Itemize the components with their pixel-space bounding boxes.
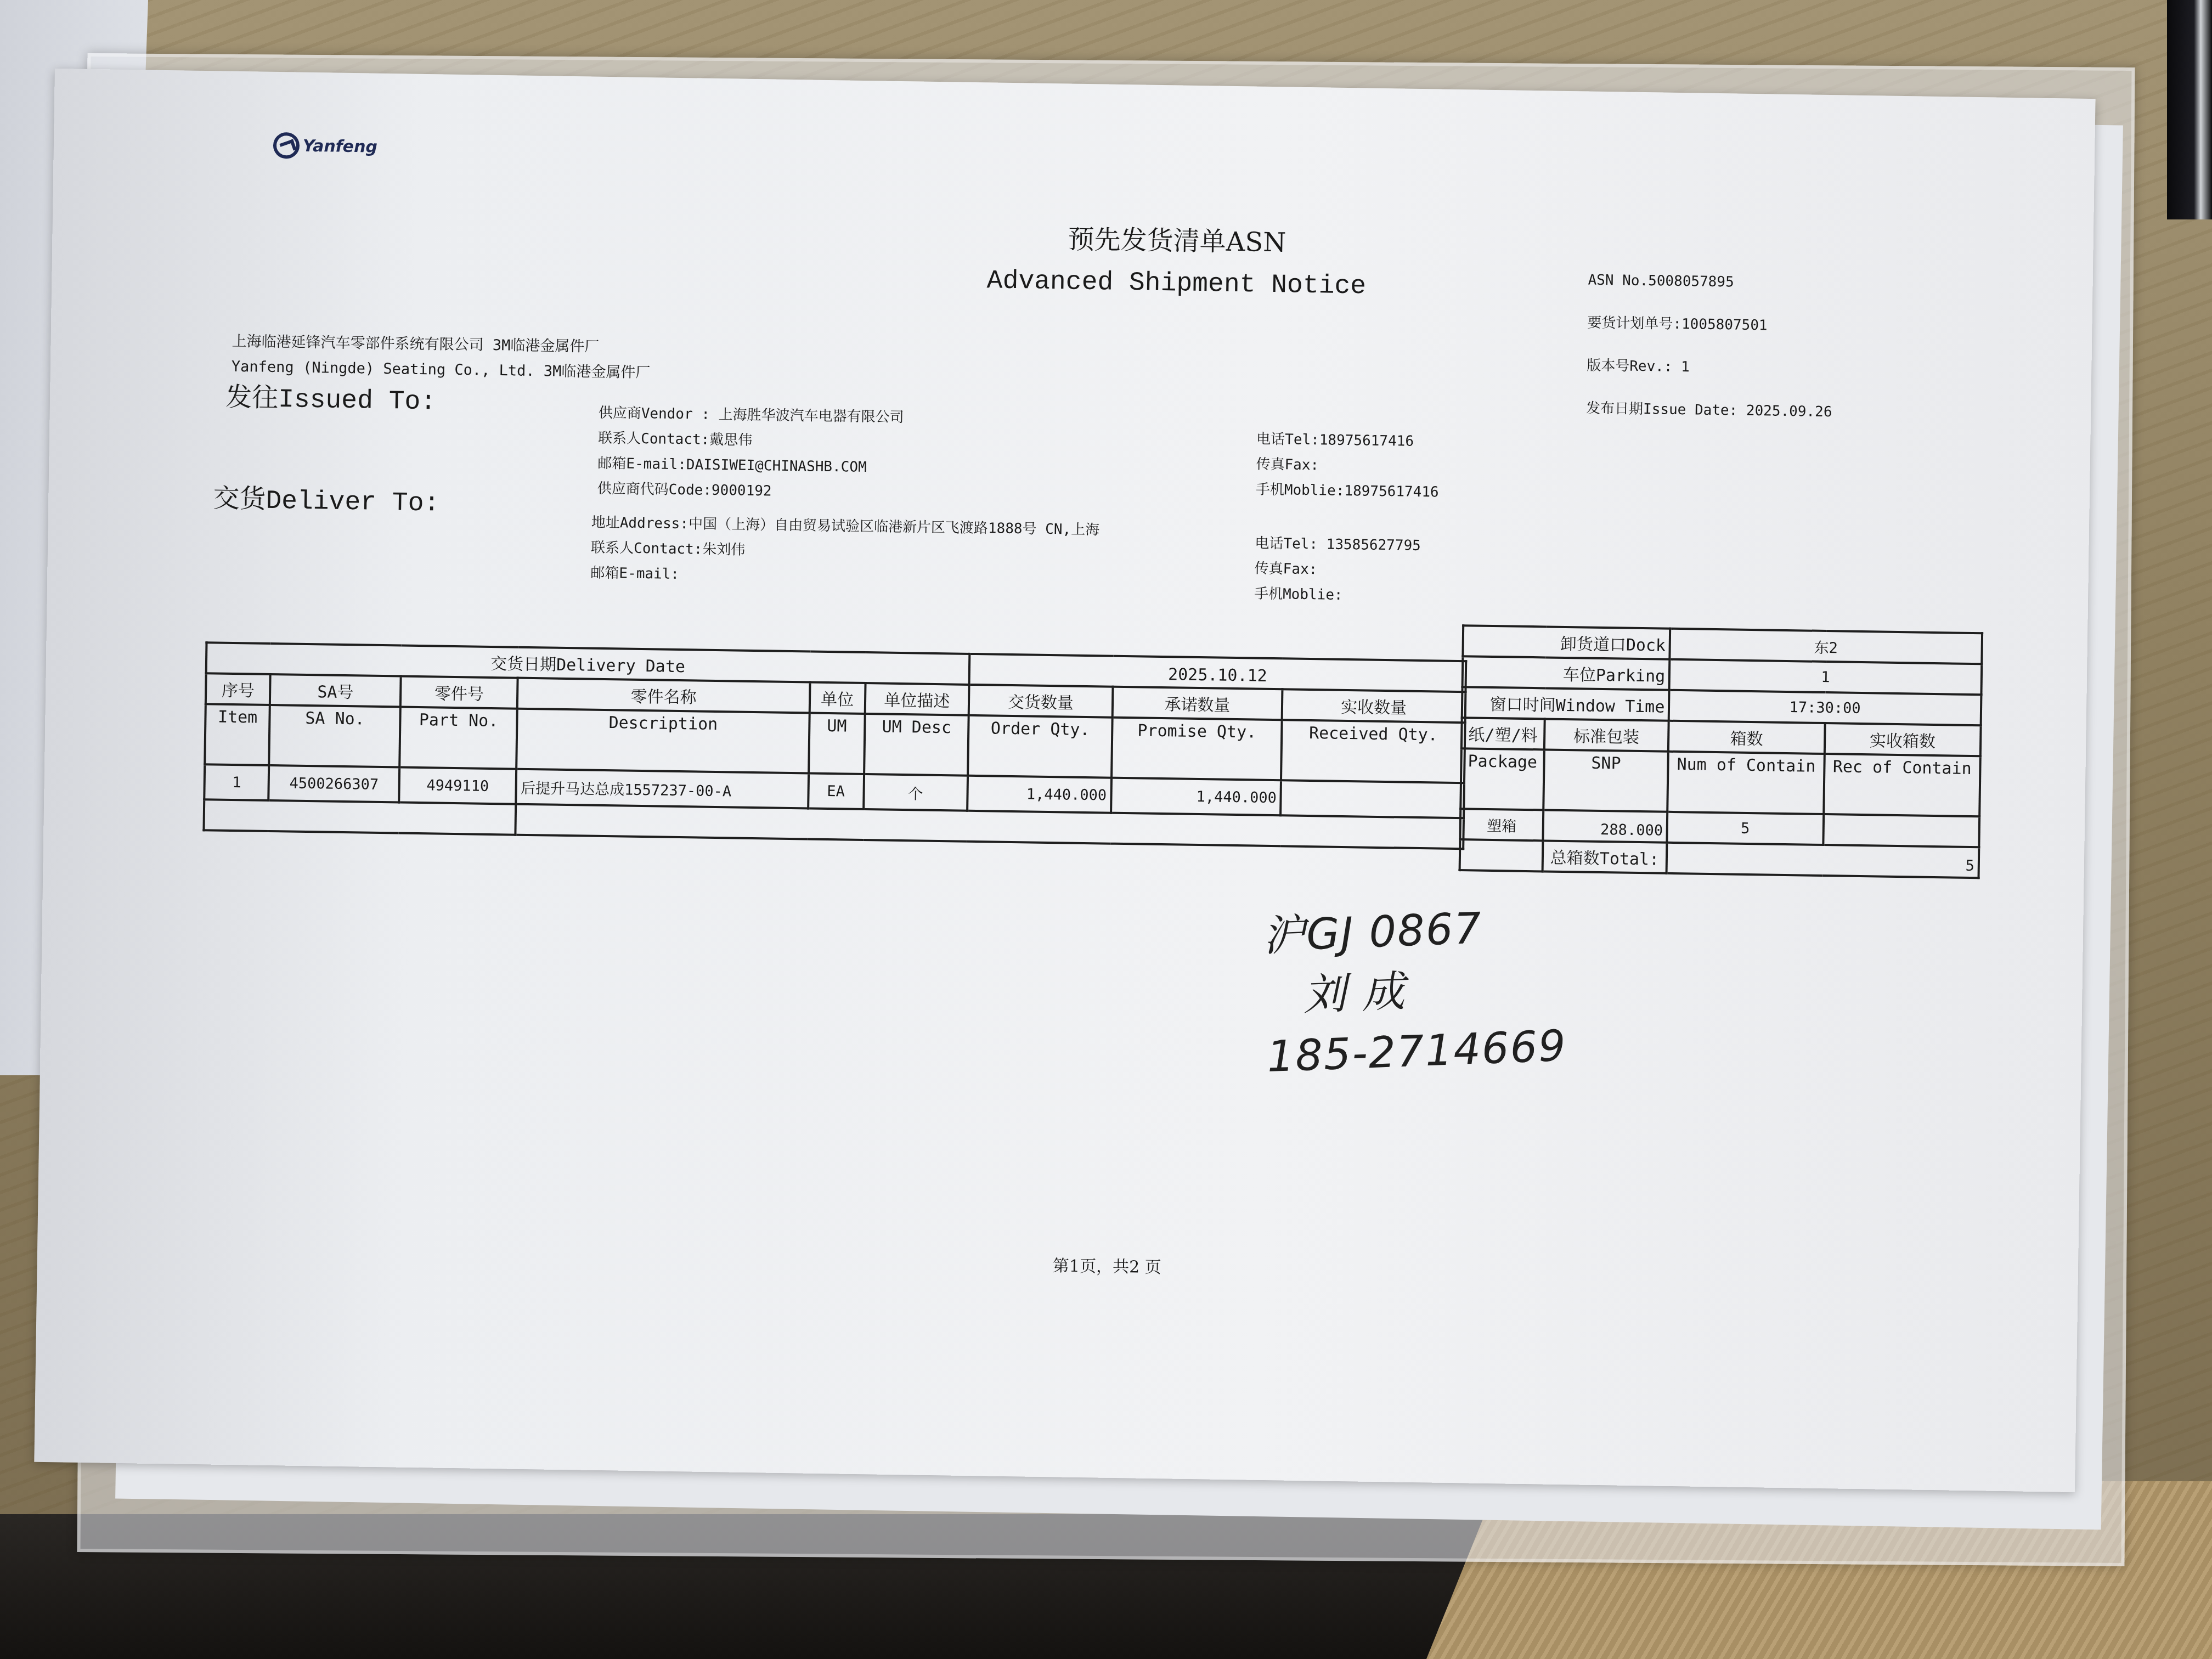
header-um-en: UM (809, 713, 865, 774)
asn-document: Yanfeng 预先发货清单ASN Advanced Shipment Noti… (34, 69, 2095, 1492)
cell-item: 1 (204, 764, 269, 800)
header-item-cn: 序号 (206, 673, 270, 705)
vendor-name: 供应商Vendor : 上海胜华波汽车电器有限公司 (598, 400, 904, 430)
cell-package: 塑箱 (1460, 809, 1543, 840)
yanfeng-logo-icon (273, 132, 300, 159)
deliver-tel: 电话Tel: 13585627795 (1255, 531, 1421, 558)
handwritten-plate: 沪GJ 0867 (1261, 895, 1563, 967)
vendor-email: 邮箱E-mail:DAISIWEI@CHINASHB.COM (597, 451, 904, 481)
vendor-tel: 电话Tel:18975617416 (1256, 427, 1440, 455)
header-rec-contain-en: Rec of Contain (1824, 754, 1980, 816)
header-received-en: Received Qty. (1281, 720, 1465, 783)
header-part-en: Part No. (399, 707, 517, 769)
cell-rec-contain (1823, 814, 1979, 847)
header-promise-en: Promise Qty. (1111, 718, 1282, 781)
document-title-en: Advanced Shipment Notice (874, 264, 1479, 303)
cell-received-qty (1280, 780, 1464, 818)
cell-um: EA (808, 774, 864, 809)
asn-number: ASN No.5008057895 (1588, 259, 1834, 306)
issue-date: 发布日期Issue Date: 2025.09.26 (1586, 387, 1832, 433)
dock-label: 卸货道口Dock (1463, 625, 1670, 659)
pkg-header-en: Package SNP Num of Contain Rec of Contai… (1460, 748, 1980, 816)
window-value: 17:30:00 (1669, 690, 1981, 725)
deliver-fax: 传真Fax: (1254, 556, 1420, 584)
cell-snp: 288.000 (1543, 810, 1667, 842)
deliver-block: 地址Address:中国（上海）自由贸易试验区临港新片区飞渡路1888号 CN,… (590, 510, 1099, 594)
issued-to-label: 发往Issued To: (225, 376, 437, 417)
header-package-cn: 纸/塑/料 (1462, 718, 1544, 749)
header-num-contain-cn: 箱数 (1668, 721, 1825, 754)
header-order-en: Order Qty. (968, 715, 1112, 778)
parking-label: 车位Parking (1463, 656, 1670, 690)
header-num-contain-en: Num of Contain (1668, 752, 1825, 814)
header-item-en: Item (205, 704, 270, 765)
deliver-to-label: 交货Deliver To: (213, 477, 440, 518)
total-label: 总箱数Total: (1542, 840, 1667, 873)
cell-um-desc: 个 (864, 774, 968, 811)
header-desc-cn: 零件名称 (517, 678, 810, 713)
header-rec-contain-cn: 实收箱数 (1824, 723, 1980, 756)
vendor-contact: 联系人Contact:戴思伟 (598, 426, 904, 455)
cell-part-no: 4949110 (399, 767, 516, 804)
cell-sa-no: 4500266307 (269, 765, 399, 803)
dock-value: 东2 (1670, 629, 1982, 664)
revision: 版本号Rev.: 1 (1587, 344, 1833, 391)
cell-description: 后提升马达总成1557237-00-A (516, 769, 809, 809)
header-umdesc-en: UM Desc (864, 714, 969, 776)
header-snp-en: SNP (1543, 749, 1668, 811)
window-label: 窗口时间Window Time (1462, 687, 1669, 721)
header-snp-cn: 标准包装 (1544, 719, 1669, 751)
blank-cell (1460, 839, 1543, 871)
deliver-mobile: 手机Moblie: (1254, 582, 1420, 609)
header-package-en: Package (1460, 748, 1544, 810)
header-sa-en: SA No. (269, 705, 400, 768)
logo-text: Yanfeng (303, 136, 378, 156)
vendor-mobile: 手机Moblie:18975617416 (1256, 477, 1439, 505)
header-promise-cn: 承诺数量 (1112, 687, 1282, 720)
deliver-phones: 电话Tel: 13585627795 传真Fax: 手机Moblie: (1254, 531, 1421, 609)
header-order-cn: 交货数量 (969, 685, 1113, 718)
pen (2167, 0, 2212, 219)
header-sa-cn: SA号 (270, 674, 400, 707)
logistics-table: 卸货道口Dock 东2 车位Parking 1 窗口时间Window Time … (1459, 624, 1984, 879)
document-meta: ASN No.5008057895 要货计划单号:1005807501 版本号R… (1586, 259, 1835, 434)
cell-num-contain: 5 (1667, 812, 1824, 845)
header-received-cn: 实收数量 (1282, 689, 1465, 723)
vendor-fax: 传真Fax: (1256, 452, 1439, 480)
vendor-block: 供应商Vendor : 上海胜华波汽车电器有限公司 联系人Contact:戴思伟… (597, 400, 904, 506)
page-number: 第1页，共2 页 (915, 1250, 1300, 1280)
handwritten-phone: 185-2714669 (1266, 1016, 1568, 1087)
handwritten-note: 沪GJ 0867 刘 成 185-2714669 (1261, 895, 1567, 1087)
document-title-cn: 预先发货清单ASN (875, 215, 1479, 262)
cell-promise-qty: 1,440.000 (1111, 778, 1282, 816)
header-desc-en: Description (517, 709, 810, 774)
blank-cell (204, 799, 516, 834)
handwritten-name: 刘 成 (1263, 956, 1565, 1027)
vendor-phones: 电话Tel:18975617416 传真Fax: 手机Moblie:189756… (1256, 427, 1440, 505)
company-logo: Yanfeng (273, 132, 378, 160)
cell-order-qty: 1,440.000 (967, 776, 1111, 813)
header-umdesc-cn: 单位描述 (865, 683, 969, 715)
parking-value: 1 (1669, 659, 1982, 695)
header-um-cn: 单位 (809, 682, 865, 714)
vendor-code: 供应商代码Code:9000192 (597, 476, 903, 506)
header-part-cn: 零件号 (400, 676, 518, 708)
items-table: 交货日期Delivery Date 2025.10.12 序号 SA号 零件号 … (202, 641, 1467, 850)
total-value: 5 (1667, 843, 1979, 878)
plan-number: 要货计划单号:1005807501 (1587, 301, 1833, 348)
